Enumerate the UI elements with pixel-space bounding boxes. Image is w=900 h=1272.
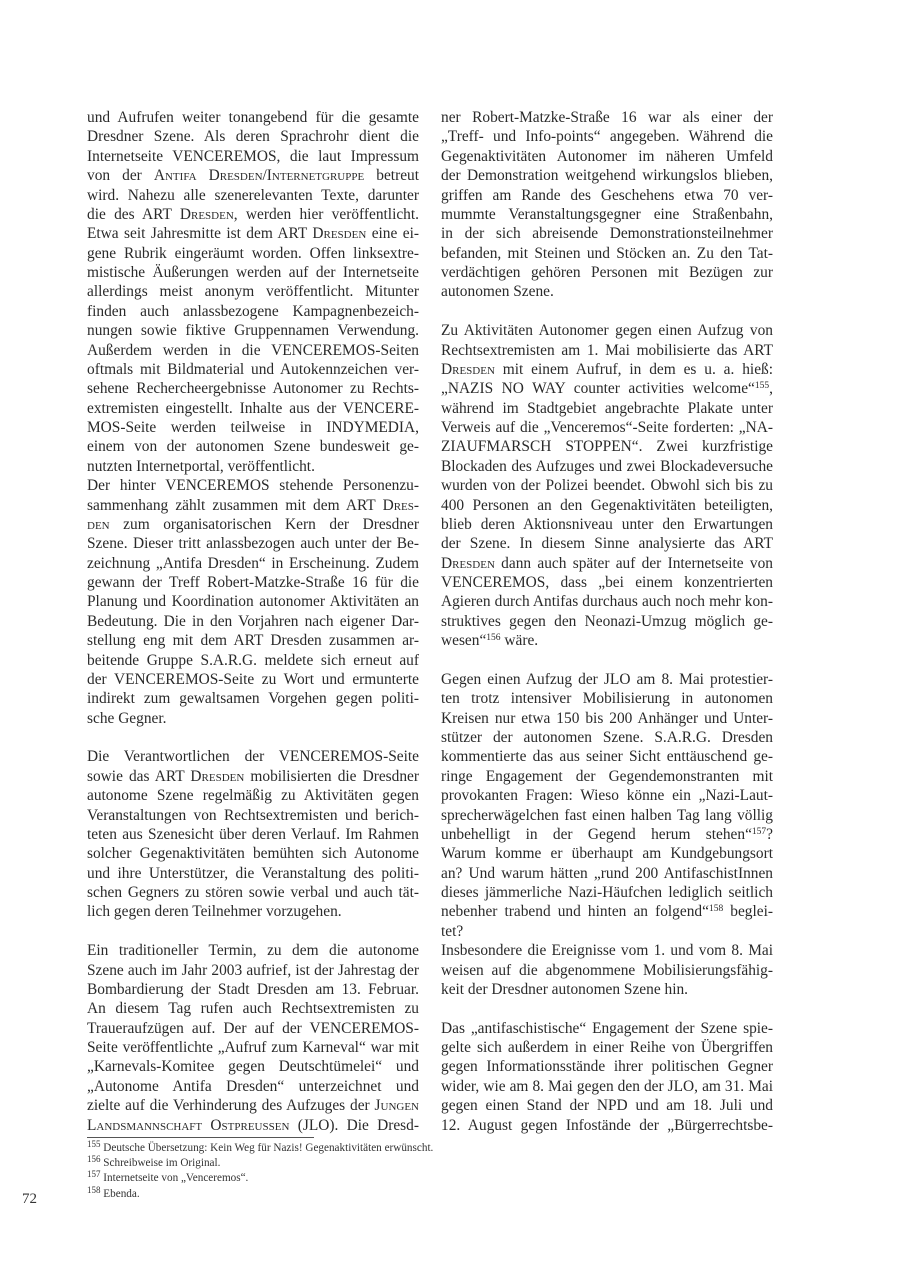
footnote-155: 155 Deutsche Übersetzung: Kein Weg für N… xyxy=(87,1141,433,1156)
text-line: ten trotz intensiver Mobilisierung in au… xyxy=(441,689,773,708)
text-line: der Demonstration weitgehend wirkungslos… xyxy=(441,166,773,185)
text-line: den zum organisatorischen Kern der Dresd… xyxy=(87,515,419,534)
text-line: sammenhang zählt zusammen mit dem ART Dr… xyxy=(87,496,419,515)
text-line: teten aus Szenesicht über deren Verlauf.… xyxy=(87,825,419,844)
text-line: unbehelligt in der Gegend herum stehen“1… xyxy=(441,825,773,844)
text-line: nebenher trabend und hinten an folgend“1… xyxy=(441,902,773,921)
text-line: Warum komme er überhaupt am Kundgebungso… xyxy=(441,844,773,863)
right-paragraph-1: ner Robert-Matzke-Straße 16 war als eine… xyxy=(441,108,773,302)
text-line: mistische Äußerungen werden auf der Inte… xyxy=(87,263,419,282)
text-line: Kreisen nur etwa 150 bis 200 Anhänger un… xyxy=(441,709,773,728)
small-caps-name: Dres- xyxy=(383,497,419,514)
text-line: kommentierte das aus seiner Sicht enttäu… xyxy=(441,747,773,766)
text-line: Etwa seit Jahresmitte ist dem ART Dresde… xyxy=(87,224,419,243)
text-line: Gegenaktivitäten Autonomer im näheren Um… xyxy=(441,147,773,166)
text-line: 12. August gegen Infostände der „Bürgerr… xyxy=(441,1116,773,1135)
text-line: sowie das ART Dresden mobilisierten die … xyxy=(87,767,419,786)
text-line: Zu Aktivitäten Autonomer gegen einen Auf… xyxy=(441,321,773,340)
text-line: Planung und Koordination autonomer Aktiv… xyxy=(87,592,419,611)
left-column: und Aufrufen weiter tonangebend für die … xyxy=(87,108,419,1135)
small-caps-name: Jungen xyxy=(375,1097,419,1114)
text-line: griffen am Rande des Geschehens etwa 70 … xyxy=(441,186,773,205)
text-line: sehene Rechercheergebnisse Autonomer zu … xyxy=(87,379,419,398)
text-line: struktives gegen den Neonazi-Umzug mögli… xyxy=(441,612,773,631)
text-line: Ein traditioneller Termin, zu dem die au… xyxy=(87,941,419,960)
text-line: Veranstaltungen von Rechtsextremisten un… xyxy=(87,806,419,825)
text-line: beitende Gruppe S.A.R.G. meldete sich er… xyxy=(87,651,419,670)
text-line: oftmals mit Bildmaterial und Autokennzei… xyxy=(87,360,419,379)
page-number: 72 xyxy=(22,1191,37,1208)
text-line: und ihre Unterstützer, die Veranstaltung… xyxy=(87,864,419,883)
text-line: VENCEREMOS, dass „bei einem konzentriert… xyxy=(441,573,773,592)
small-caps-name: Antifa Dresden/Internetgruppe xyxy=(154,167,364,184)
text-line: weisen auf die abgenommene Mobilisierung… xyxy=(441,961,773,980)
footnote-157: 157 Internetseite von „Venceremos“. xyxy=(87,1171,433,1186)
left-paragraph-2: Die Verantwortlichen der VENCEREMOS-Seit… xyxy=(87,747,419,921)
text-line: indirekt zum gewaltsamen Vorgehen gegen … xyxy=(87,689,419,708)
footnote-158: 158 Ebenda. xyxy=(87,1187,433,1202)
text-line: die des ART Dresden, werden hier veröffe… xyxy=(87,205,419,224)
text-line: wesen“156 wäre. xyxy=(441,631,773,650)
left-paragraph-3: Ein traditioneller Termin, zu dem die au… xyxy=(87,941,419,1135)
text-line: in der sich abreisende Demonstrationstei… xyxy=(441,224,773,243)
footnote-reference: 156 xyxy=(486,633,500,643)
text-line: allerdings meist anonym veröffentlicht. … xyxy=(87,282,419,301)
text-line: provokanten Fragen: Wieso könne ein „Naz… xyxy=(441,786,773,805)
text-line: ringe Engagement der Gegendemonstranten … xyxy=(441,767,773,786)
footnote-reference: 155 xyxy=(755,381,769,391)
text-line: Außerdem werden in die VENCEREMOS-Seiten xyxy=(87,341,419,360)
text-line: Seite veröffentlichte „Aufruf zum Karnev… xyxy=(87,1038,419,1057)
text-line: Traueraufzügen auf. Der auf der VENCEREM… xyxy=(87,1019,419,1038)
text-line: an? Und warum hätten „rund 200 Antifasch… xyxy=(441,864,773,883)
footnote-separator xyxy=(87,1137,314,1138)
text-line: gegen einen Stand der NPD und am 18. Jul… xyxy=(441,1096,773,1115)
text-line: verdächtigen gehören Personen mit Bezüge… xyxy=(441,263,773,282)
text-line: von der Antifa Dresden/Internetgruppe be… xyxy=(87,166,419,185)
text-line: mummte Veranstaltungsgegner eine Straßen… xyxy=(441,205,773,224)
text-line: Insbesondere die Ereignisse vom 1. und v… xyxy=(441,941,773,960)
text-line: „Autonome Antifa Dresden“ unterzeichnet … xyxy=(87,1077,419,1096)
text-line: finden auch anlassbezogene Kampagnenbeze… xyxy=(87,302,419,321)
footnote-reference: 157 xyxy=(752,827,766,837)
right-paragraph-4: Das „antifaschistische“ Engagement der S… xyxy=(441,1019,773,1135)
small-caps-name: Dresden xyxy=(441,555,495,572)
text-line: 400 Personen an den Gegenaktivitäten bet… xyxy=(441,496,773,515)
small-caps-name: Landsmannschaft Ostpreußen xyxy=(87,1117,289,1134)
text-line: „Treff- und Info-points“ angegeben. Währ… xyxy=(441,127,773,146)
text-line: sche Gegner. xyxy=(87,709,419,728)
small-caps-name: den xyxy=(87,516,110,533)
text-line: gelte sich außerdem in einer Reihe von Ü… xyxy=(441,1038,773,1057)
text-line: sprecherwägelchen fast einen halben Tag … xyxy=(441,806,773,825)
text-line: wurden von der Polizei beendet. Obwohl s… xyxy=(441,476,773,495)
text-line: MOS-Seite werden teilweise in INDYMEDIA, xyxy=(87,418,419,437)
text-line: nutzten Internetportal, veröffentlicht. xyxy=(87,457,419,476)
text-line: Rechtsextremisten am 1. Mai mobilisierte… xyxy=(441,341,773,360)
text-line: gene Rubrik eingeräumt worden. Offen lin… xyxy=(87,244,419,263)
text-line: Blockaden des Aufzuges und zwei Blockade… xyxy=(441,457,773,476)
text-line: „Karnevals-Komitee gegen Deutschtümelei“… xyxy=(87,1057,419,1076)
text-line: der VENCEREMOS-Seite zu Wort und ermunte… xyxy=(87,670,419,689)
text-line: dieses jämmerliche Nazi-Häufchen ledigli… xyxy=(441,883,773,902)
text-line: Der hinter VENCEREMOS stehende Personenz… xyxy=(87,476,419,495)
small-caps-name: Dresden xyxy=(180,206,234,223)
small-caps-name: Dresden xyxy=(190,768,244,785)
text-line: Landsmannschaft Ostpreußen (JLO). Die Dr… xyxy=(87,1116,419,1135)
text-line: Szene auch im Jahr 2003 aufrief, ist der… xyxy=(87,961,419,980)
text-line: keit der Dresdner autonomen Szene hin. xyxy=(441,980,773,999)
footnote-reference: 158 xyxy=(709,904,723,914)
text-line: autonomen Szene. xyxy=(441,282,773,301)
text-line: Die Verantwortlichen der VENCEREMOS-Seit… xyxy=(87,747,419,766)
text-line: Bombardierung der Stadt Dresden am 13. F… xyxy=(87,980,419,999)
text-line: Das „antifaschistische“ Engagement der S… xyxy=(441,1019,773,1038)
small-caps-name: Dresden xyxy=(312,225,366,242)
text-line: der Szene. In diesem Sinne analysierte d… xyxy=(441,534,773,553)
text-line: Agieren durch Antifas durchaus auch noch… xyxy=(441,592,773,611)
text-line: lich gegen deren Teilnehmer vorzugehen. xyxy=(87,902,419,921)
text-line: stellung eng mit dem ART Dresden zusamme… xyxy=(87,631,419,650)
text-line: ner Robert-Matzke-Straße 16 war als eine… xyxy=(441,108,773,127)
right-paragraph-3: Gegen einen Aufzug der JLO am 8. Mai pro… xyxy=(441,670,773,999)
text-line: zeichnung „Antifa Dresden“ in Erscheinun… xyxy=(87,554,419,573)
footnotes: 155 Deutsche Übersetzung: Kein Weg für N… xyxy=(87,1141,433,1202)
text-line: Gegen einen Aufzug der JLO am 8. Mai pro… xyxy=(441,670,773,689)
text-line: Dresdner Szene. Als deren Sprachrohr die… xyxy=(87,127,419,146)
text-line: extremisten eingestellt. Inhalte aus der… xyxy=(87,399,419,418)
left-paragraph-1: und Aufrufen weiter tonangebend für die … xyxy=(87,108,419,728)
text-line: gegen Informationsstände ihrer politisch… xyxy=(441,1057,773,1076)
right-column: ner Robert-Matzke-Straße 16 war als eine… xyxy=(441,108,773,1135)
text-line: Dresden mit einem Aufruf, in dem es u. a… xyxy=(441,360,773,379)
text-line: autonome Szene regelmäßig zu Aktivitäten… xyxy=(87,786,419,805)
text-line: Verweis auf die „Venceremos“-Seite forde… xyxy=(441,418,773,437)
text-line: befanden, mit Steinen und Stöcken an. Zu… xyxy=(441,244,773,263)
text-line: gewann der Treff Robert-Matzke-Straße 16… xyxy=(87,573,419,592)
text-line: „NAZIS NO WAY counter activities welcome… xyxy=(441,379,773,398)
text-line: An diesem Tag rufen auch Rechtsextremist… xyxy=(87,999,419,1018)
right-paragraph-2: Zu Aktivitäten Autonomer gegen einen Auf… xyxy=(441,321,773,650)
text-line: zielte auf die Verhinderung des Aufzuges… xyxy=(87,1096,419,1115)
small-caps-name: Dresden xyxy=(441,361,495,378)
text-line: stützer der autonomen Szene. S.A.R.G. Dr… xyxy=(441,728,773,747)
text-line: nungen sowie fiktive Gruppennamen Verwen… xyxy=(87,321,419,340)
footnote-156: 156 Schreibweise im Original. xyxy=(87,1156,433,1171)
text-line: Szene. Dieser tritt anlassbezogen auch u… xyxy=(87,534,419,553)
text-line: Dresden dann auch später auf der Interne… xyxy=(441,554,773,573)
text-line: schen Gegners zu stören sowie verbal und… xyxy=(87,883,419,902)
text-line: und Aufrufen weiter tonangebend für die … xyxy=(87,108,419,127)
text-line: wider, wie am 8. Mai gegen den der JLO, … xyxy=(441,1077,773,1096)
text-line: tet? xyxy=(441,922,773,941)
text-line: blieb deren Aktionsniveau unter den Erwa… xyxy=(441,515,773,534)
text-line: wird. Nahezu alle szenerelevanten Texte,… xyxy=(87,186,419,205)
text-line: einem von der autonomen Szene bundesweit… xyxy=(87,437,419,456)
text-line: Internetseite VENCEREMOS, die laut Impre… xyxy=(87,147,419,166)
text-line: während im Stadtgebiet angebrachte Plaka… xyxy=(441,399,773,418)
text-line: solcher Gegenaktivitäten bemühten sich A… xyxy=(87,844,419,863)
text-line: Bedeutung. Die in den Vorjahren nach eig… xyxy=(87,612,419,631)
text-line: ZIAUFMARSCH STOPPEN“. Zwei kurzfristige xyxy=(441,437,773,456)
